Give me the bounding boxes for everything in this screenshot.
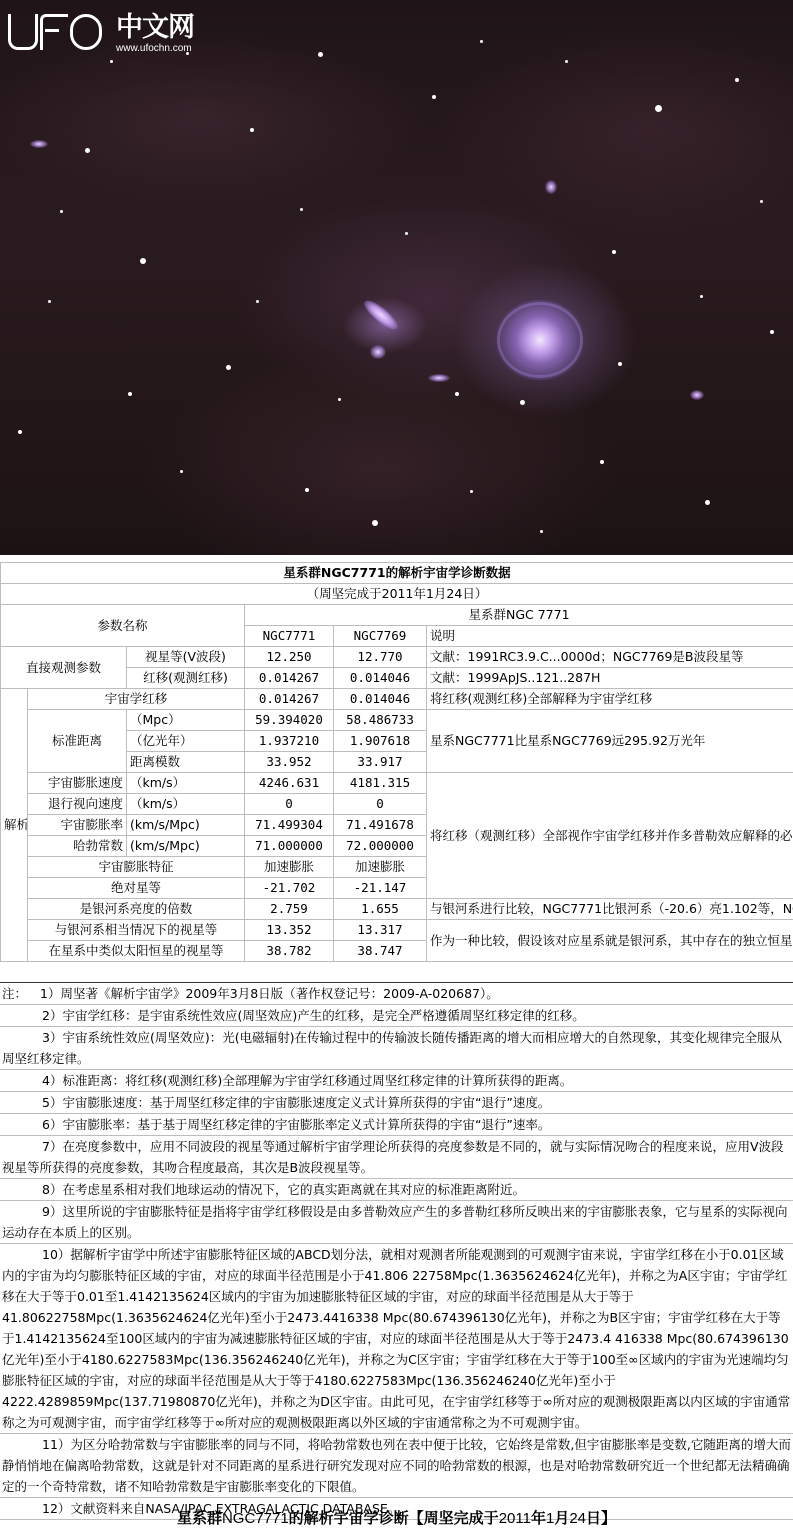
note-text: 5）宇宙膨胀速度：基于周坚红移定律的宇宙膨胀速度定义式计算所获得的宇宙“退行”速…	[42, 1095, 550, 1110]
star	[520, 400, 525, 405]
table-row: 与银河系相当情况下的视星等 13.352 13.317 作为一种比较，假设该对应…	[1, 920, 793, 941]
column-header-ngc7769: NGC7769	[334, 626, 427, 647]
unit-label: (km/s/Mpc)	[127, 836, 245, 857]
unit-label: （Mpc）	[127, 710, 245, 731]
note-text: 11）为区分哈勃常数与宇宙膨胀率的同与不同，将哈勃常数也列在表中便于比较，它始终…	[2, 1437, 791, 1494]
unit-label: 距离模数	[127, 752, 245, 773]
star	[318, 52, 323, 57]
unit-label: (km/s/Mpc)	[127, 815, 245, 836]
value-ngc7771: 1.937210	[245, 731, 334, 752]
table-title: 星系群NGC7771的解析宇宙学诊断数据	[1, 563, 793, 584]
note-item: 7）在亮度参数中，应用不同波段的视星等通过解析宇宙学理论所获得的亮度参数是不同的…	[0, 1136, 793, 1179]
value-ngc7769: 1.907618	[334, 731, 427, 752]
star	[770, 330, 774, 334]
group-name-header: 星系群NGC 7771	[245, 605, 793, 626]
star	[735, 78, 739, 82]
image-caption: 星系群NGC7771的解析宇宙学诊断【周坚完成于2011年1月24日】	[0, 1507, 793, 1528]
diagnosis-table: 星系群NGC7771的解析宇宙学诊断数据 （周坚完成于2011年1月24日） 参…	[0, 562, 793, 962]
star	[250, 128, 254, 132]
logo-letter-f	[40, 14, 68, 50]
row-label: 宇宙学红移	[28, 689, 245, 710]
edge-on-galaxy-ngc7771	[360, 296, 401, 334]
caption-text: 日】	[586, 1509, 616, 1527]
spiral-galaxy-ring	[497, 302, 583, 378]
note-item: 11）为区分哈勃常数与宇宙膨胀率的同与不同，将哈勃常数也列在表中便于比较，它始终…	[0, 1434, 793, 1498]
note-text: 1）周坚著《解析宇宙学》2009年3月8日版（著作权登记号：2009-A-020…	[40, 986, 499, 1001]
row-label: 绝对星等	[28, 878, 245, 899]
star	[226, 365, 231, 370]
star	[85, 148, 90, 153]
star	[60, 210, 63, 213]
note-item: 9）这里所说的宇宙膨胀特征是指将宇宙学红移假设是由多普勒效应产生的多普勒红移所反…	[0, 1201, 793, 1244]
value-ngc7769: 0.014046	[334, 689, 427, 710]
value-ngc7771: 33.952	[245, 752, 334, 773]
row-note: 将红移(观测红移)全部解释为宇宙学红移	[427, 689, 793, 710]
notes-section: 注：1）周坚著《解析宇宙学》2009年3月8日版（著作权登记号：2009-A-0…	[0, 982, 793, 1520]
value-ngc7771: -21.702	[245, 878, 334, 899]
value-ngc7771: 71.000000	[245, 836, 334, 857]
value-ngc7769: -21.147	[334, 878, 427, 899]
row-label: 视星等(V波段)	[127, 647, 245, 668]
table-row: 解析宇宙学观测状态数据 宇宙学红移 0.014267 0.014046 将红移(…	[1, 689, 793, 710]
value-ngc7771: 加速膨胀	[245, 857, 334, 878]
analytic-section-label: 解析宇宙学观测状态数据	[1, 689, 28, 962]
value-ngc7769: 58.486733	[334, 710, 427, 731]
sun-note: 作为一种比较，假设该对应星系就是银河系，其中存在的独立恒星假设就是太阳，则观测到…	[427, 920, 793, 962]
value-ngc7771: 38.782	[245, 941, 334, 962]
note-text: 4）标准距离：将红移(观测红移)全部理解为宇宙学红移通过周坚红移定律的计算所获得…	[42, 1073, 572, 1088]
row-label: 宇宙膨胀速度	[28, 773, 127, 794]
ufo-logo: 中文网 www.ufochn.com	[8, 12, 208, 58]
value-ngc7771: 0.014267	[245, 689, 334, 710]
row-label: 宇宙膨胀率	[28, 815, 127, 836]
value-ngc7771: 4246.631	[245, 773, 334, 794]
star	[110, 60, 113, 63]
star	[600, 460, 604, 464]
caption-text: 的解析宇宙学诊断【周坚完成于	[289, 1509, 499, 1527]
value-ngc7771: 71.499304	[245, 815, 334, 836]
value-ngc7771: 2.759	[245, 899, 334, 920]
caption-text: 月	[554, 1509, 569, 1527]
value-ngc7769: 72.000000	[334, 836, 427, 857]
row-label: 是银河系亮度的倍数	[28, 899, 245, 920]
row-label: 红移(观测红移)	[127, 668, 245, 689]
value-ngc7771: 12.250	[245, 647, 334, 668]
caption-text: 星系群	[177, 1509, 222, 1527]
star	[18, 430, 22, 434]
caption-text: 2011	[499, 1510, 531, 1527]
note-text: 3）宇宙系统性效应(周坚效应)：光(电磁辐射)在传输过程中的传输波长随传播距离的…	[2, 1030, 782, 1066]
value-ngc7769: 13.317	[334, 920, 427, 941]
star	[700, 295, 703, 298]
star	[432, 95, 436, 99]
note-text: 10）据解析宇宙学中所述宇宙膨胀特征区域的ABCD划分法，就相对观测者所能观测到…	[2, 1247, 790, 1430]
star	[300, 208, 303, 211]
note-text: 6）宇宙膨胀率：基于基于周坚红移定律的宇宙膨胀率定义式计算所获得的宇宙“退行”速…	[42, 1117, 550, 1132]
star	[372, 520, 378, 526]
row-label: 哈勃常数	[28, 836, 127, 857]
note-text: 9）这里所说的宇宙膨胀特征是指将宇宙学红移假设是由多普勒效应产生的多普勒红移所反…	[2, 1204, 787, 1240]
value-ngc7769: 12.770	[334, 647, 427, 668]
note-item: 6）宇宙膨胀率：基于基于周坚红移定律的宇宙膨胀率定义式计算所获得的宇宙“退行”速…	[0, 1114, 793, 1136]
star	[256, 300, 259, 303]
star	[180, 470, 183, 473]
value-ngc7771: 0	[245, 794, 334, 815]
notes-label: 注：	[2, 983, 40, 1004]
value-ngc7769: 33.917	[334, 752, 427, 773]
caption-text: 24	[569, 1510, 586, 1527]
star	[305, 488, 309, 492]
row-note: 文献：1991RC3.9.C...0000d；NGC7769是B波段星等	[427, 647, 793, 668]
star	[705, 500, 710, 505]
logo-letter-o	[70, 14, 102, 50]
companion-galaxy	[370, 345, 386, 359]
logo-ufo-mark	[8, 12, 104, 52]
star	[140, 258, 146, 264]
note-text: 8）在考虑星系相对我们地球运动的情况下，它的真实距离就在其对应的标准距离附近。	[42, 1182, 525, 1197]
unit-label: （km/s）	[127, 794, 245, 815]
std-distance-label: 标准距离	[28, 710, 127, 773]
star	[760, 200, 763, 203]
value-ngc7769: 0.014046	[334, 668, 427, 689]
value-ngc7769: 1.655	[334, 899, 427, 920]
star	[655, 105, 662, 112]
table-subtitle: （周坚完成于2011年1月24日）	[1, 584, 793, 605]
logo-letter-u	[8, 14, 38, 50]
unit-label: （亿光年）	[127, 731, 245, 752]
table-row: 标准距离 （Mpc） 59.394020 58.486733 星系NGC7771…	[1, 710, 793, 731]
caption-text: NGC7771	[222, 1510, 289, 1527]
caption-text: 年	[531, 1509, 546, 1527]
row-label: 与银河系相当情况下的视星等	[28, 920, 245, 941]
star	[470, 490, 473, 493]
column-header-note: 说明	[427, 626, 793, 647]
background-galaxy	[690, 390, 704, 400]
value-ngc7769: 0	[334, 794, 427, 815]
table-row: 是银河系亮度的倍数 2.759 1.655 与银河系进行比较，NGC7771比银…	[1, 899, 793, 920]
value-ngc7769: 加速膨胀	[334, 857, 427, 878]
note-text: 2）宇宙学红移：是宇宙系统性效应(周坚效应)产生的红移，是完全严格遵循周坚红移定…	[42, 1008, 585, 1023]
note-item: 8）在考虑星系相对我们地球运动的情况下，它的真实距离就在其对应的标准距离附近。	[0, 1179, 793, 1201]
star	[618, 362, 622, 366]
star	[565, 60, 568, 63]
logo-url: www.ufochn.com	[116, 43, 192, 54]
expansion-note: 将红移（观测红移）全部视作宇宙学红移并作多普勒效应解释的必然结果。很显然，依据解…	[427, 773, 793, 899]
note-item: 2）宇宙学红移：是宇宙系统性效应(周坚效应)产生的红移，是完全严格遵循周坚红移定…	[0, 1005, 793, 1027]
brightness-note: 与银河系进行比较，NGC7771比银河系（-20.6）亮1.102等，NGC77…	[427, 899, 793, 920]
table-row: 宇宙膨胀速度 （km/s） 4246.631 4181.315 将红移（观测红移…	[1, 773, 793, 794]
star	[128, 392, 132, 396]
unit-label: （km/s）	[127, 773, 245, 794]
star	[405, 232, 408, 235]
column-header-ngc7771: NGC7771	[245, 626, 334, 647]
row-note: 文献：1999ApJS..121..287H	[427, 668, 793, 689]
note-item: 4）标准距离：将红移(观测红移)全部理解为宇宙学红移通过周坚红移定律的计算所获得…	[0, 1070, 793, 1092]
note-text: 7）在亮度参数中，应用不同波段的视星等通过解析宇宙学理论所获得的亮度参数是不同的…	[2, 1139, 784, 1175]
note-item: 5）宇宙膨胀速度：基于周坚红移定律的宇宙膨胀速度定义式计算所获得的宇宙“退行”速…	[0, 1092, 793, 1114]
value-ngc7771: 0.014267	[245, 668, 334, 689]
value-ngc7769: 71.491678	[334, 815, 427, 836]
background-galaxy	[545, 180, 557, 194]
row-label: 宇宙膨胀特征	[28, 857, 245, 878]
note-item: 3）宇宙系统性效应(周坚效应)：光(电磁辐射)在传输过程中的传输波长随传播距离的…	[0, 1027, 793, 1070]
value-ngc7771: 13.352	[245, 920, 334, 941]
note-item: 10）据解析宇宙学中所述宇宙膨胀特征区域的ABCD划分法，就相对观测者所能观测到…	[0, 1244, 793, 1434]
value-ngc7769: 4181.315	[334, 773, 427, 794]
row-label: 退行视向速度	[28, 794, 127, 815]
background-galaxy	[30, 140, 48, 148]
star	[540, 530, 543, 533]
star	[480, 40, 483, 43]
direct-section-label: 直接观测参数	[1, 647, 127, 689]
star	[338, 398, 341, 401]
star	[455, 392, 459, 396]
row-label: 在星系中类似太阳恒星的视星等	[28, 941, 245, 962]
value-ngc7769: 38.747	[334, 941, 427, 962]
param-name-header: 参数名称	[1, 605, 245, 647]
note-item: 注：1）周坚著《解析宇宙学》2009年3月8日版（著作权登记号：2009-A-0…	[0, 982, 793, 1005]
diagnosis-table-sheet: 星系群NGC7771的解析宇宙学诊断数据 （周坚完成于2011年1月24日） 参…	[0, 562, 793, 962]
table-row: 直接观测参数 视星等(V波段) 12.250 12.770 文献：1991RC3…	[1, 647, 793, 668]
companion-galaxy	[428, 374, 450, 382]
std-distance-note: 星系NGC7771比星系NGC7769远295.92万光年	[427, 710, 793, 773]
star	[612, 250, 616, 254]
galaxy-photo: 中文网 www.ufochn.com	[0, 0, 793, 555]
star	[48, 300, 51, 303]
value-ngc7771: 59.394020	[245, 710, 334, 731]
logo-chinese-text: 中文网	[116, 12, 194, 44]
